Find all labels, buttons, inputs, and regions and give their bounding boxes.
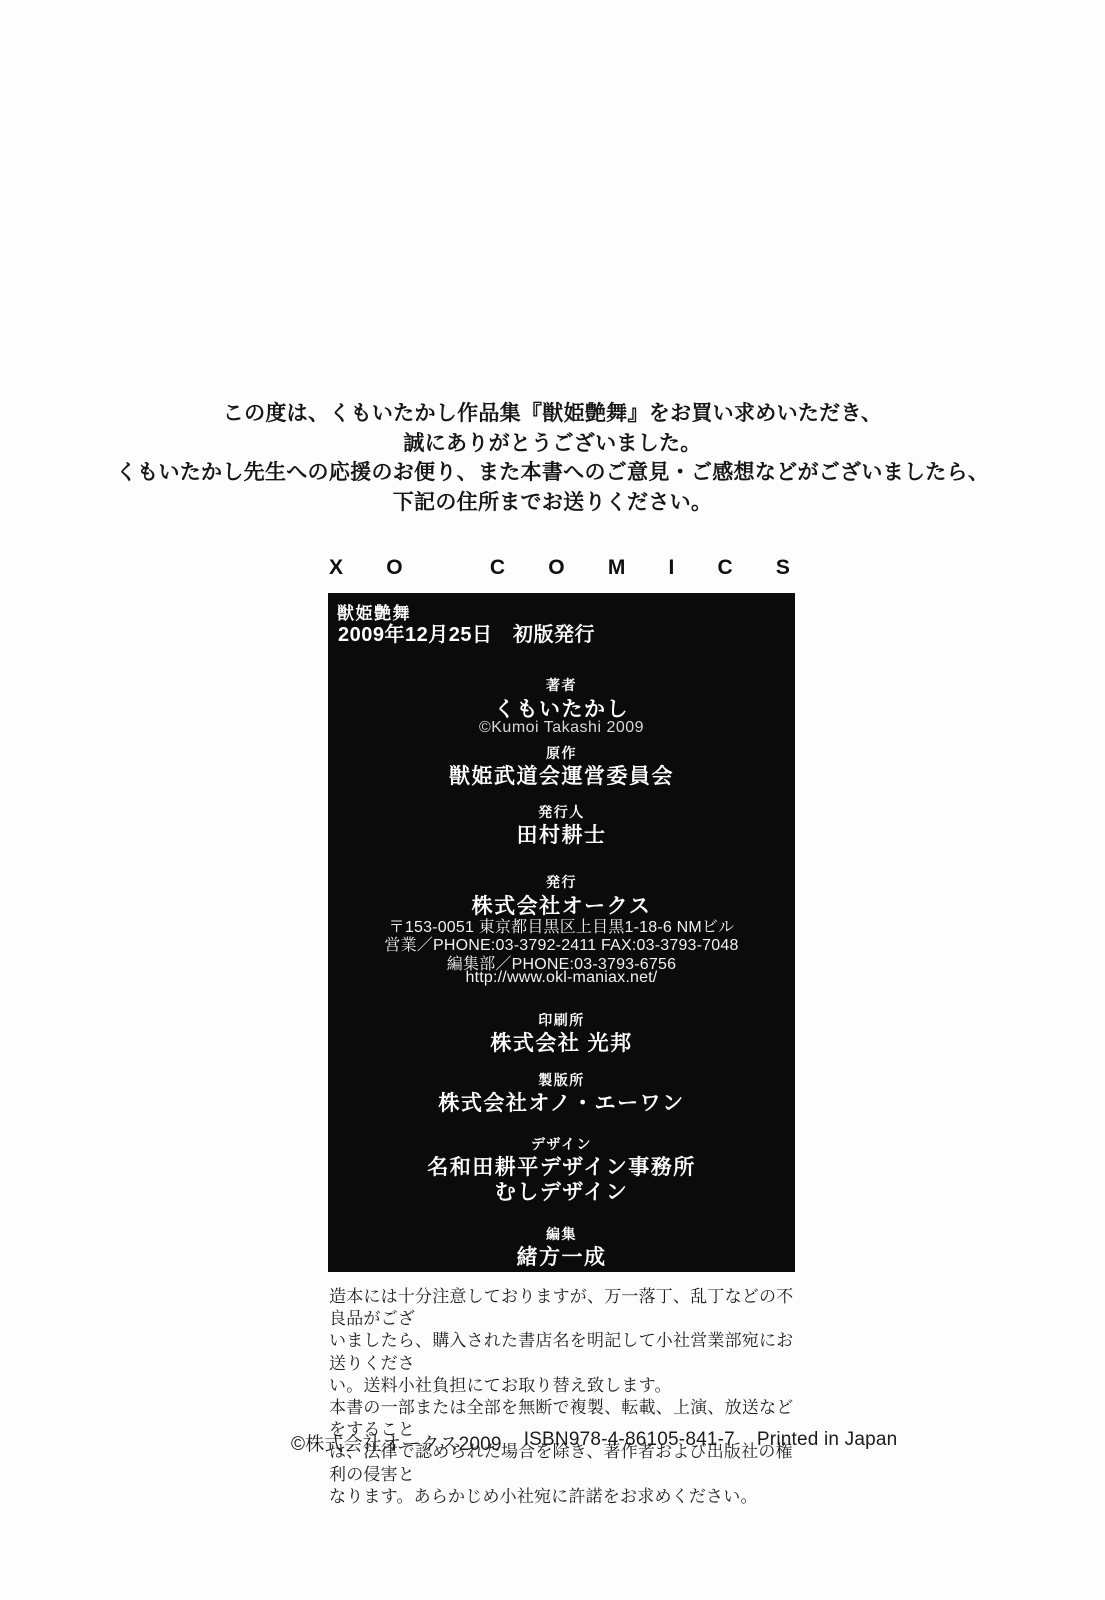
quality-note: 造本には十分注意しておりますが、万一落丁、乱丁などの不良品がござ いましたら、購… — [329, 1286, 799, 1508]
thanks-note-line: この度は、くもいたかし作品集『獣姫艶舞』をお買い求めいただき、 — [0, 399, 1105, 429]
imprint-letter: I — [669, 556, 675, 580]
publisher-label: 発行 — [328, 872, 795, 892]
original-work-name: 獣姫武道会運営委員会 — [328, 760, 795, 790]
copyright-company: ©株式会社オークス2009 — [291, 1429, 502, 1456]
imprint-letter: O — [386, 556, 402, 580]
quality-note-line: なります。あらかじめ小社宛に許諾をお求めください。 — [329, 1486, 799, 1508]
imprint-letter: C — [718, 556, 733, 580]
quality-note-line: 造本には十分注意しておりますが、万一落丁、乱丁などの不良品がござ — [329, 1286, 799, 1330]
imprint-letter-gap — [446, 556, 447, 580]
imprint-letter: O — [548, 556, 564, 580]
publisher-website: http://www.okl-maniax.net/ — [328, 969, 795, 987]
copyright-line: ©株式会社オークス2009 ISBN978-4-86105-841-7 Prin… — [291, 1429, 897, 1456]
editor-name: 緒方一成 — [328, 1241, 795, 1271]
quality-note-line: いましたら、購入された書店名を明記して小社営業部宛にお送りくださ — [329, 1330, 799, 1374]
thanks-note-line: 誠にありがとうございました。 — [0, 429, 1105, 459]
imprint-letter: X — [329, 556, 343, 580]
printed-in-japan: Printed in Japan — [757, 1429, 898, 1456]
imprint-letter: C — [490, 556, 505, 580]
author-copyright: ©Kumoi Takashi 2009 — [328, 719, 795, 737]
isbn-number: ISBN978-4-86105-841-7 — [524, 1429, 735, 1456]
thanks-note-line: 下記の住所までお送りください。 — [0, 488, 1105, 518]
imprint-letter: S — [776, 556, 790, 580]
quality-note-line: い。送料小社負担にてお取り替え致します。 — [329, 1375, 799, 1397]
imprint-logo: X O C O M I C S — [329, 556, 790, 580]
design-studio-name: むしデザイン — [328, 1176, 795, 1206]
imprint-letter: M — [608, 556, 626, 580]
edition-date: 2009年12月25日 初版発行 — [338, 618, 595, 647]
thanks-note: この度は、くもいたかし作品集『獣姫艶舞』をお買い求めいただき、 誠にありがとうご… — [0, 399, 1105, 517]
platemaker-name: 株式会社オノ・エーワン — [328, 1087, 795, 1117]
colophon-page: この度は、くもいたかし作品集『獣姫艶舞』をお買い求めいただき、 誠にありがとうご… — [0, 0, 1105, 1600]
printer-name: 株式会社 光邦 — [328, 1027, 795, 1057]
issuer-name: 田村耕士 — [328, 819, 795, 849]
author-label: 著者 — [328, 675, 795, 695]
thanks-note-line: くもいたかし先生への応援のお便り、また本書へのご意見・ご感想などがございましたら… — [0, 458, 1105, 488]
colophon-box: 獣姫艶舞 2009年12月25日 初版発行 著者 くもいたかし ©Kumoi T… — [328, 593, 795, 1272]
